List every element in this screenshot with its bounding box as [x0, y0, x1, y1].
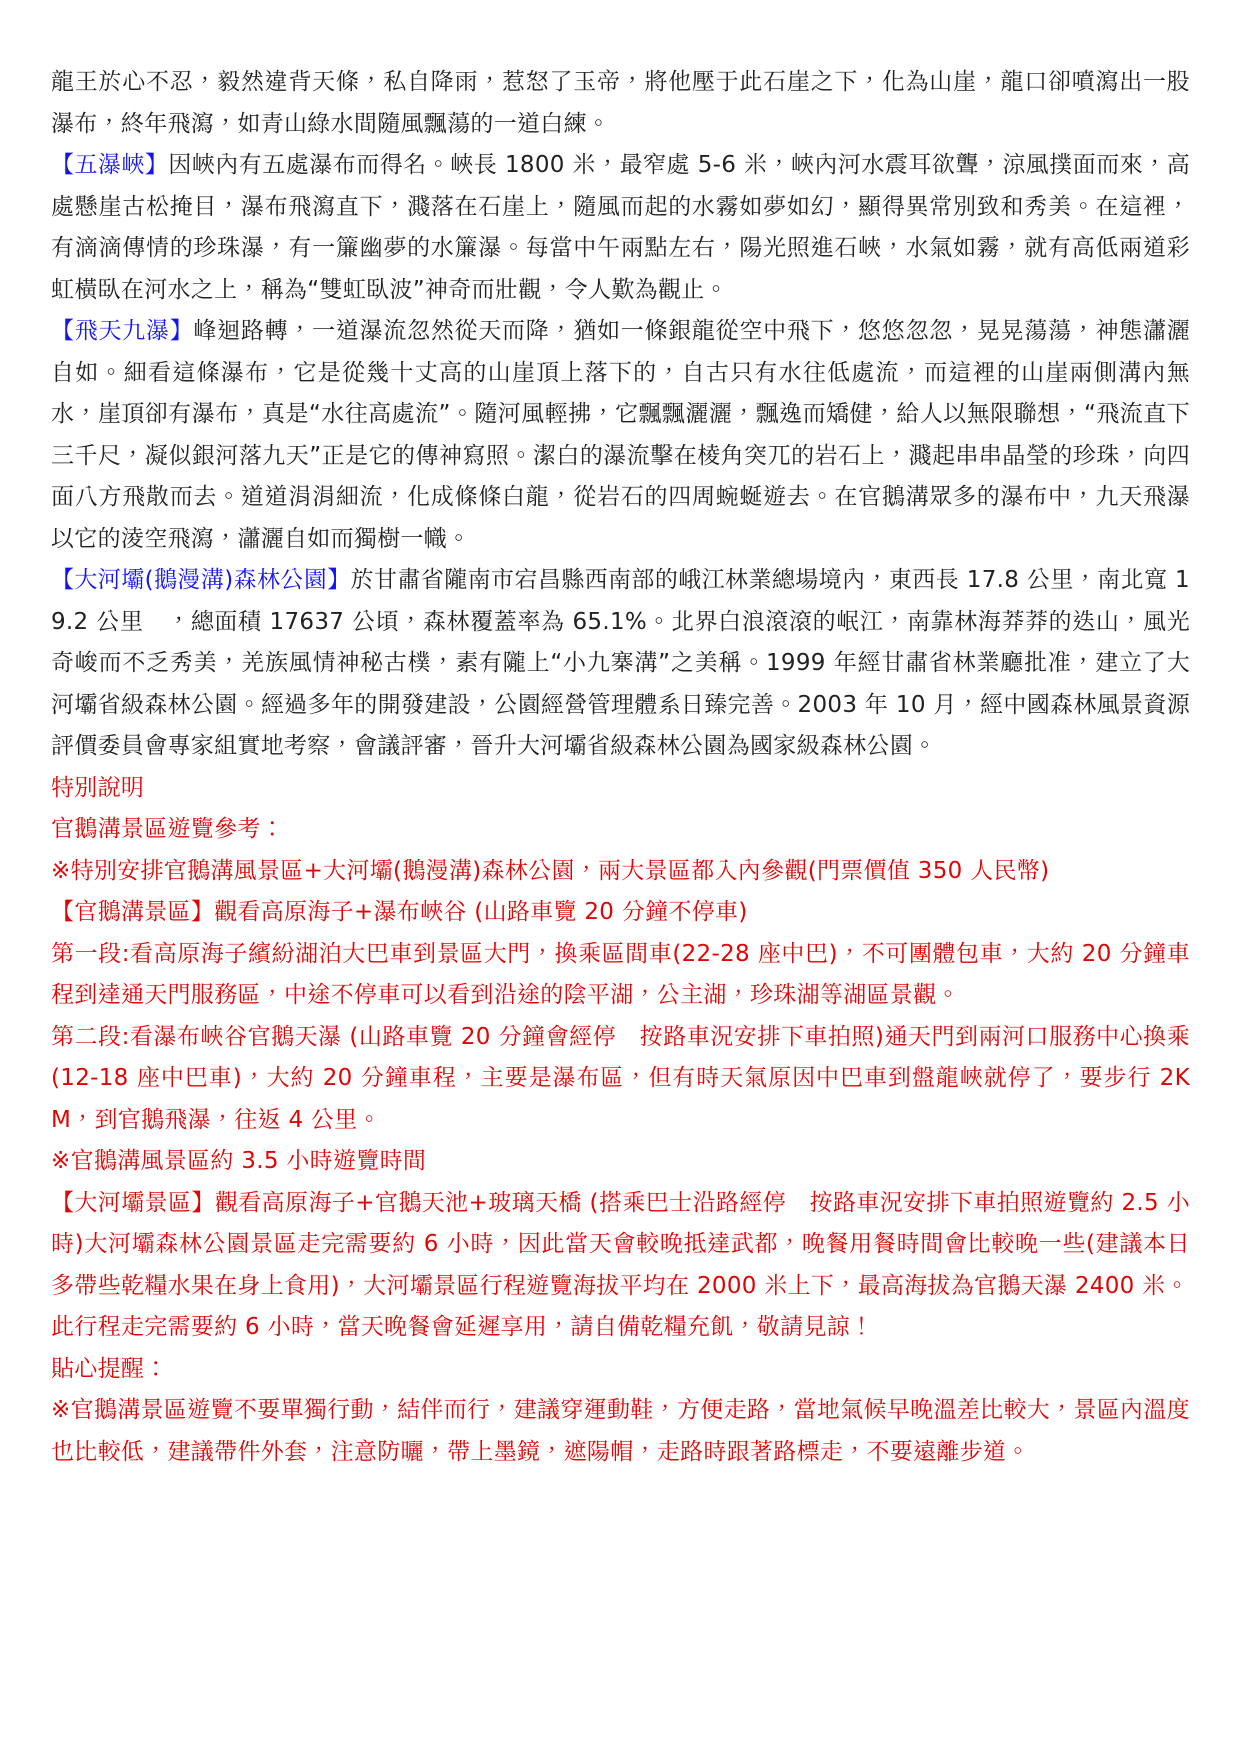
paragraph-safety-reminder: ※官鵝溝景區遊覽不要單獨行動，結伴而行，建議穿運動鞋，方便走路，當地氣候早晚溫差…	[51, 1390, 1190, 1473]
text-segment: 此行程走完需要約 6 小時，當天晚餐會延遲享用，請自備乾糧充飢，敬請見諒！	[51, 1314, 873, 1340]
paragraph-friendly-reminder-title: 貼心提醒：	[51, 1349, 1190, 1391]
paragraph-dragon-king-legend: 龍王於心不忍，毅然違背天條，私自降雨，惹怒了玉帝，將他壓于此石崖之下，化為山崖，…	[51, 62, 1190, 145]
text-segment: 貼心提醒：	[51, 1356, 168, 1382]
paragraph-dahe-dam-forest-park: 【大河壩(鵝漫溝)森林公園】於甘肅省隴南市宕昌縣西南部的峨江林業總場境內，東西長…	[51, 560, 1190, 768]
paragraph-guanegou-area-overview: 【官鵝溝景區】觀看高原海子+瀑布峽谷 (山路車覽 20 分鐘不停車)	[51, 892, 1190, 934]
text-segment: ※官鵝溝景區遊覽不要單獨行動，結伴而行，建議穿運動鞋，方便走路，當地氣候早晚溫差…	[51, 1397, 1190, 1465]
subsection-heading: 【大河壩景區】	[51, 1190, 215, 1216]
paragraph-five-waterfall-gorge: 【五瀑峽】因峽內有五處瀑布而得名。峽長 1800 米，最窄處 5-6 米，峽內河…	[51, 145, 1190, 311]
section-heading: 【飛天九瀑】	[51, 318, 193, 344]
text-segment: ※官鵝溝風景區約 3.5 小時遊覽時間	[51, 1148, 426, 1174]
paragraph-flying-nine-waterfall: 【飛天九瀑】峰迴路轉，一道瀑流忽然從天而降，猶如一條銀龍從空中飛下，悠悠忽忽，晃…	[51, 311, 1190, 560]
paragraph-dahe-dam-area-overview: 【大河壩景區】觀看高原海子+官鵝天池+玻璃天橋 (搭乘巴士沿路經停 按路車況安排…	[51, 1183, 1190, 1308]
text-segment: 觀看高原海子+官鵝天池+玻璃天橋 (搭乘巴士沿路經停 按路車況安排下車拍照遊覽約…	[51, 1190, 1190, 1299]
text-segment: 龍王於心不忍，毅然違背天條，私自降雨，惹怒了玉帝，將他壓于此石崖之下，化為山崖，…	[51, 69, 1190, 137]
text-segment: 特別說明	[51, 775, 144, 801]
text-segment: 官鵝溝景區遊覽參考：	[51, 816, 284, 842]
section-heading: 【五瀑峽】	[51, 152, 168, 178]
paragraph-stage-one-description: 第一段:看高原海子繽紛湖泊大巴車到景區大門，換乘區間車(22-28 座中巴)，不…	[51, 934, 1190, 1017]
paragraph-special-note-title: 特別說明	[51, 768, 1190, 810]
paragraph-ticket-arrangement-note: ※特別安排官鵝溝風景區+大河壩(鵝漫溝)森林公園，兩大景區都入內參觀(門票價值 …	[51, 851, 1190, 893]
text-segment: ※特別安排官鵝溝風景區+大河壩(鵝漫溝)森林公園，兩大景區都入內參觀(門票價值 …	[51, 858, 1049, 884]
text-segment: 因峽內有五處瀑布而得名。峽長 1800 米，最窄處 5-6 米，峽內河水震耳欲聾…	[51, 152, 1190, 303]
text-segment: 峰迴路轉，一道瀑流忽然從天而降，猶如一條銀龍從空中飛下，悠悠忽忽，晃晃蕩蕩，神態…	[51, 318, 1190, 552]
text-segment: 於甘肅省隴南市宕昌縣西南部的峨江林業總場境內，東西長 17.8 公里，南北寬 1…	[51, 567, 1190, 759]
text-segment: 第一段:看高原海子繽紛湖泊大巴車到景區大門，換乘區間車(22-28 座中巴)，不…	[51, 941, 1190, 1009]
text-segment: 觀看高原海子+瀑布峽谷 (山路車覽 20 分鐘不停車)	[214, 899, 748, 925]
paragraph-stage-two-description: 第二段:看瀑布峽谷官鵝天瀑 (山路車覽 20 分鐘會經停 按路車況安排下車拍照)…	[51, 1017, 1190, 1142]
paragraph-guanegou-visit-reference: 官鵝溝景區遊覽參考：	[51, 809, 1190, 851]
subsection-heading: 【官鵝溝景區】	[51, 899, 214, 925]
section-heading: 【大河壩(鵝漫溝)森林公園】	[51, 567, 351, 593]
paragraph-itinerary-duration-note: 此行程走完需要約 6 小時，當天晚餐會延遲享用，請自備乾糧充飢，敬請見諒！	[51, 1307, 1190, 1349]
paragraph-guanegou-duration-note: ※官鵝溝風景區約 3.5 小時遊覽時間	[51, 1141, 1190, 1183]
document-page: 龍王於心不忍，毅然違背天條，私自降雨，惹怒了玉帝，將他壓于此石崖之下，化為山崖，…	[0, 0, 1241, 1755]
text-segment: 第二段:看瀑布峽谷官鵝天瀑 (山路車覽 20 分鐘會經停 按路車況安排下車拍照)…	[51, 1024, 1190, 1133]
